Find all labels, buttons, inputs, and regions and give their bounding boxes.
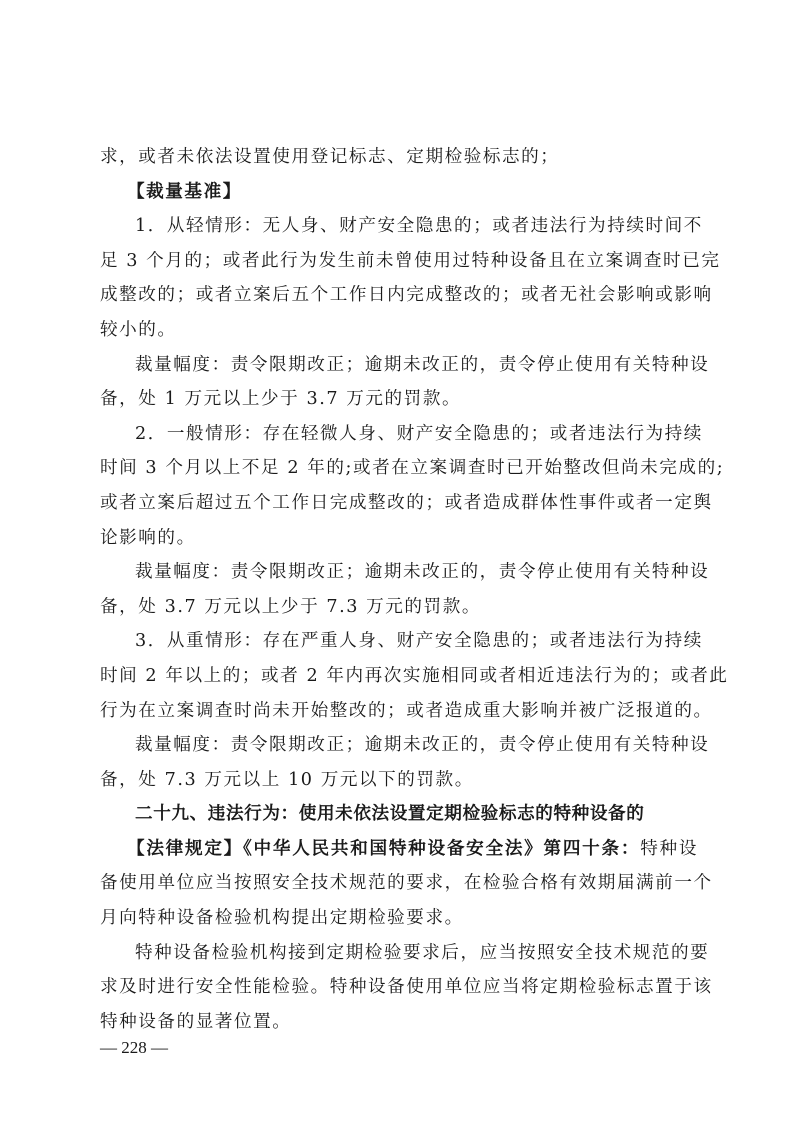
paragraph-line: 备，处 7.3 万元以上 10 万元以下的罚款。 bbox=[100, 763, 698, 798]
legal-provision-label: 【法律规定】《中华人民共和国特种设备安全法》第四十条： bbox=[127, 838, 640, 859]
paragraph-line: 行为在立案调查时尚未开始整改的；或者造成重大影响并被广泛报道的。 bbox=[100, 694, 698, 729]
paragraph-line: 足 3 个月的；或者此行为发生前未曾使用过特种设备且在立案调查时已完 bbox=[100, 244, 698, 279]
paragraph-line: 时间 2 年以上的；或者 2 年内再次实施相同或者相近违法行为的；或者此 bbox=[100, 659, 698, 694]
paragraph-line: 较小的。 bbox=[100, 313, 698, 348]
paragraph-line: 成整改的；或者立案后五个工作日内完成整改的；或者无社会影响或影响 bbox=[100, 278, 698, 313]
paragraph-line: 备使用单位应当按照安全技术规范的要求，在检验合格有效期届满前一个 bbox=[100, 866, 698, 901]
paragraph-line: 月向特种设备检验机构提出定期检验要求。 bbox=[100, 901, 698, 936]
document-body: 求，或者未依法设置使用登记标志、定期检验标志的； 【裁量基准】 1．从轻情形：无… bbox=[100, 140, 698, 1039]
legal-provision-text: 特种设 bbox=[640, 839, 698, 859]
paragraph-line: 1．从轻情形：无人身、财产安全隐患的；或者违法行为持续时间不 bbox=[100, 209, 698, 244]
paragraph-line: 求及时进行安全性能检验。特种设备使用单位应当将定期检验标志置于该 bbox=[100, 970, 698, 1005]
legal-provision-line: 【法律规定】《中华人民共和国特种设备安全法》第四十条：特种设 bbox=[100, 832, 698, 867]
paragraph-line: 2．一般情形：存在轻微人身、财产安全隐患的；或者违法行为持续 bbox=[100, 417, 698, 452]
section-label-discretion-standard: 【裁量基准】 bbox=[100, 175, 698, 210]
paragraph-line: 论影响的。 bbox=[100, 521, 698, 556]
paragraph-line: 备，处 1 万元以上少于 3.7 万元的罚款。 bbox=[100, 382, 698, 417]
paragraph-line: 或者立案后超过五个工作日完成整改的；或者造成群体性事件或者一定舆 bbox=[100, 486, 698, 521]
paragraph-line: 特种设备检验机构接到定期检验要求后，应当按照安全技术规范的要 bbox=[100, 936, 698, 971]
paragraph-line: 3．从重情形：存在严重人身、财产安全隐患的；或者违法行为持续 bbox=[100, 624, 698, 659]
paragraph-line: 裁量幅度：责令限期改正；逾期未改正的，责令停止使用有关特种设 bbox=[100, 728, 698, 763]
paragraph-line: 裁量幅度：责令限期改正；逾期未改正的，责令停止使用有关特种设 bbox=[100, 555, 698, 590]
paragraph-line: 备，处 3.7 万元以上少于 7.3 万元的罚款。 bbox=[100, 590, 698, 625]
paragraph-line: 时间 3 个月以上不足 2 年的;或者在立案调查时已开始整改但尚未完成的; bbox=[100, 451, 698, 486]
paragraph-line: 裁量幅度：责令限期改正；逾期未改正的，责令停止使用有关特种设 bbox=[100, 348, 698, 383]
page-number: — 228 — bbox=[100, 1038, 168, 1058]
paragraph-line: 求，或者未依法设置使用登记标志、定期检验标志的； bbox=[100, 140, 698, 175]
section-heading: 二十九、违法行为：使用未依法设置定期检验标志的特种设备的 bbox=[100, 797, 698, 832]
paragraph-line: 特种设备的显著位置。 bbox=[100, 1005, 698, 1040]
